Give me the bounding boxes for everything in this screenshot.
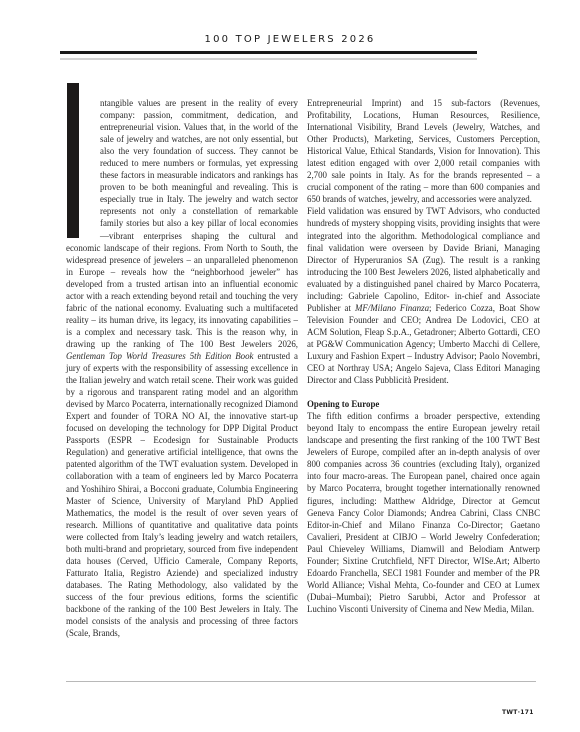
page-number: TWT·171	[502, 709, 534, 716]
book-title: Gentleman Top World Treasures 5th Editio…	[66, 351, 253, 361]
intro-paragraph: ntangible values are present in the real…	[66, 97, 298, 639]
footer-rule	[66, 681, 536, 682]
intro-year: 2026,	[278, 339, 298, 349]
intro-text: ntangible values are present in the real…	[66, 98, 298, 349]
validation-text-continued: ; Federico Cozza, Boat Show Television F…	[307, 303, 540, 385]
factors-paragraph: Entrepreneurial Imprint) and 15 sub-fact…	[307, 97, 540, 205]
drop-cap: I	[67, 83, 79, 238]
section-heading: Opening to Europe	[307, 398, 540, 410]
running-header-title: 100 TOP JEWELERS 2026	[0, 34, 580, 45]
header-rule-thin	[60, 58, 477, 60]
publication-name: MF/Milano Finanza	[355, 303, 429, 313]
validation-text: Field validation was ensured by TWT Advi…	[307, 206, 540, 312]
intro-text-continued: entrusted a jury of experts with the res…	[66, 351, 298, 638]
europe-paragraph: The fifth edition confirms a broader per…	[307, 410, 540, 615]
right-column: Entrepreneurial Imprint) and 15 sub-fact…	[307, 97, 540, 615]
validation-paragraph: Field validation was ensured by TWT Advi…	[307, 205, 540, 386]
left-column: I ntangible values are present in the re…	[66, 97, 298, 639]
header-rule-thick	[60, 51, 477, 54]
